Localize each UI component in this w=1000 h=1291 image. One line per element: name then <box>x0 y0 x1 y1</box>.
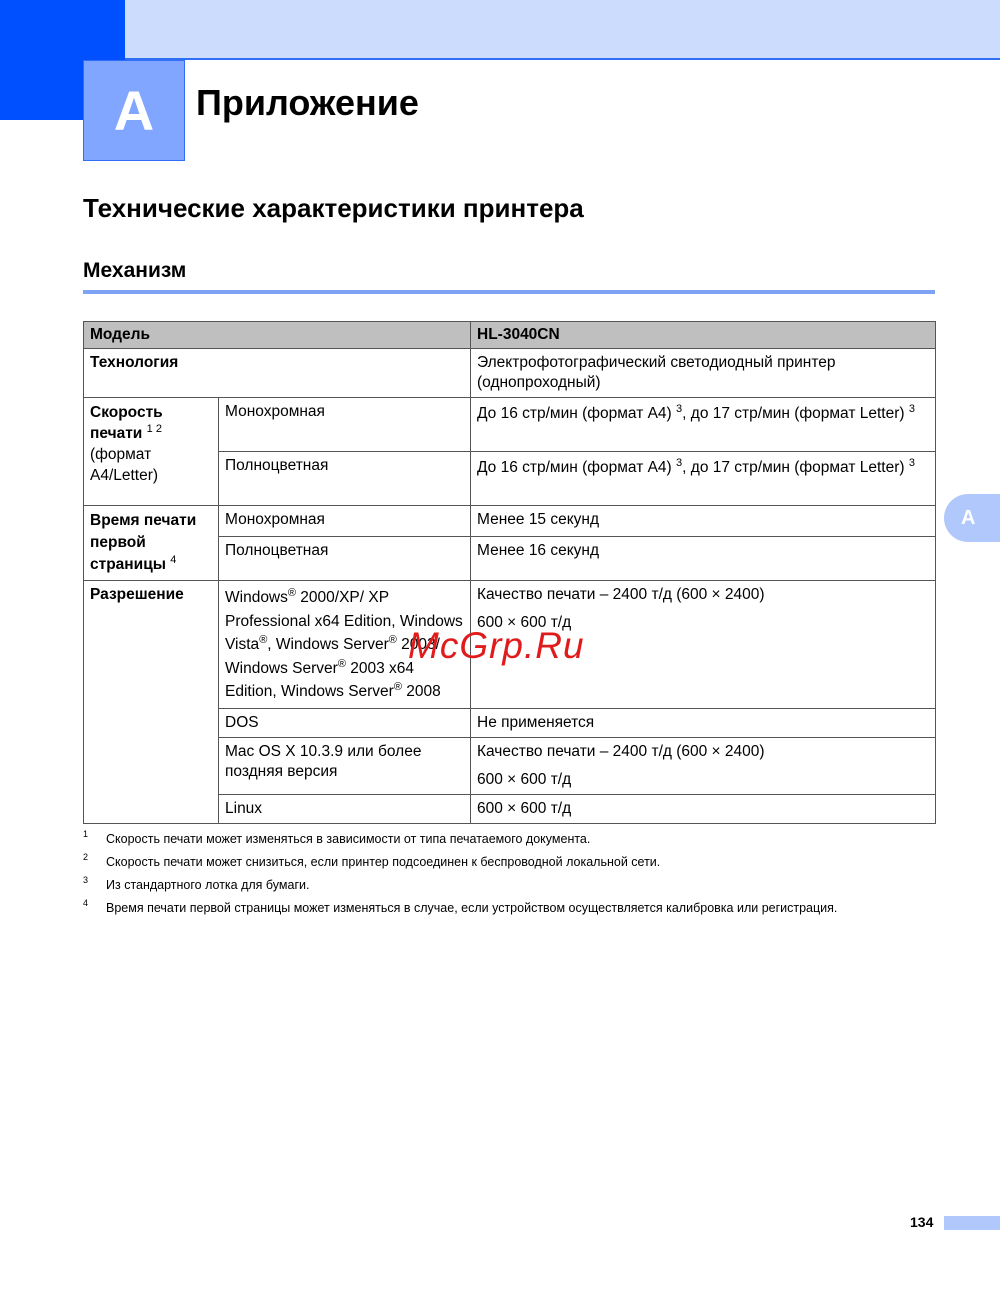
footnote: 3 Из стандартного лотка для бумаги. <box>83 878 943 901</box>
footnote-number: 2 <box>83 852 88 862</box>
footnote-number: 4 <box>83 898 88 908</box>
speed-a4: До 16 стр/мин (формат A4) <box>477 459 672 476</box>
speed-a4: До 16 стр/мин (формат A4) <box>477 405 672 422</box>
table-row: Скорость печати 1 2 (формат A4/Letter) М… <box>84 398 936 452</box>
quality-resolution: Качество печати – 2400 т/д (600 × 2400) <box>477 585 929 605</box>
resolution-value-mac: Качество печати – 2400 т/д (600 × 2400) … <box>471 737 936 794</box>
speed-letter: , до 17 стр/мин (формат Letter) <box>682 459 904 476</box>
footnote-text: Время печати первой страницы может измен… <box>106 901 837 915</box>
page-number-bar <box>944 1216 1000 1230</box>
registered-mark: ® <box>389 634 397 646</box>
technology-value: Электрофотографический светодиодный прин… <box>471 349 936 398</box>
footnote-ref: 1 2 <box>147 423 162 435</box>
table-header-row: Модель HL-3040CN <box>84 322 936 349</box>
first-page-label: Время печати первой страницы 4 <box>84 506 219 581</box>
footnote-text: Из стандартного лотка для бумаги. <box>106 878 309 892</box>
os-text: , Windows Server <box>267 636 388 653</box>
footnote-text: Скорость печати может снизиться, если пр… <box>106 855 660 869</box>
resolution-os-dos: DOS <box>219 708 471 737</box>
resolution-value-dos: Не применяется <box>471 708 936 737</box>
footnote-number: 3 <box>83 875 88 885</box>
chapter-title: Приложение <box>196 82 419 124</box>
resolution-value-windows: Качество печати – 2400 т/д (600 × 2400) … <box>471 581 936 709</box>
speed-value-mono: До 16 стр/мин (формат A4) 3, до 17 стр/м… <box>471 398 936 452</box>
first-page-value-color: Менее 16 секунд <box>471 537 936 581</box>
table-row: Технология Электрофотографический светод… <box>84 349 936 398</box>
footnote-ref: 4 <box>170 554 176 566</box>
footnote: 1 Скорость печати может изменяться в зав… <box>83 832 943 855</box>
speed-label-note: (формат A4/Letter) <box>90 446 158 484</box>
resolution-value-linux: 600 × 600 т/д <box>471 794 936 823</box>
speed-label: Скорость печати 1 2 (формат A4/Letter) <box>84 398 219 506</box>
quality-resolution: Качество печати – 2400 т/д (600 × 2400) <box>477 742 929 762</box>
footnote: 2 Скорость печати может снизиться, если … <box>83 855 943 878</box>
resolution-os-linux: Linux <box>219 794 471 823</box>
standard-resolution: 600 × 600 т/д <box>477 613 929 633</box>
speed-letter: , до 17 стр/мин (формат Letter) <box>682 405 904 422</box>
resolution-label: Разрешение <box>84 581 219 824</box>
footnote: 4 Время печати первой страницы может изм… <box>83 901 943 924</box>
specs-table: Модель HL-3040CN Технология Электрофотог… <box>83 321 936 824</box>
header-model-label: Модель <box>84 322 471 349</box>
speed-mode-mono: Монохромная <box>219 398 471 452</box>
header-model-value: HL-3040CN <box>471 322 936 349</box>
subsection-title: Механизм <box>83 259 186 283</box>
speed-mode-color: Полноцветная <box>219 452 471 506</box>
os-text: Windows <box>225 589 288 606</box>
os-text: 2008 <box>402 683 441 700</box>
footnotes: 1 Скорость печати может изменяться в зав… <box>83 832 943 924</box>
table-row: Время печати первой страницы 4 Монохромн… <box>84 506 936 537</box>
resolution-os-mac: Mac OS X 10.3.9 или более поздняя версия <box>219 737 471 794</box>
first-page-label-text: Время печати первой страницы <box>90 512 196 573</box>
first-page-mode-color: Полноцветная <box>219 537 471 581</box>
registered-mark: ® <box>288 587 296 599</box>
registered-mark: ® <box>338 658 346 670</box>
registered-mark: ® <box>394 681 402 693</box>
footnote-ref: 3 <box>909 457 915 469</box>
header-band <box>125 0 1000 60</box>
standard-resolution: 600 × 600 т/д <box>477 770 929 790</box>
footnote-text: Скорость печати может изменяться в завис… <box>106 832 590 846</box>
footnote-number: 1 <box>83 829 88 839</box>
chapter-letter: A <box>83 60 185 161</box>
side-chapter-tab[interactable]: A <box>944 494 1000 542</box>
technology-label: Технология <box>84 349 471 398</box>
speed-value-color: До 16 стр/мин (формат A4) 3, до 17 стр/м… <box>471 452 936 506</box>
subsection-rule <box>83 290 935 294</box>
first-page-value-mono: Менее 15 секунд <box>471 506 936 537</box>
page-number: 134 <box>910 1214 933 1230</box>
first-page-mode-mono: Монохромная <box>219 506 471 537</box>
table-row: Разрешение Windows® 2000/XP/ XP Professi… <box>84 581 936 709</box>
section-title: Технические характеристики принтера <box>83 193 584 224</box>
footnote-ref: 3 <box>909 403 915 415</box>
resolution-os-windows: Windows® 2000/XP/ XP Professional x64 Ed… <box>219 581 471 709</box>
